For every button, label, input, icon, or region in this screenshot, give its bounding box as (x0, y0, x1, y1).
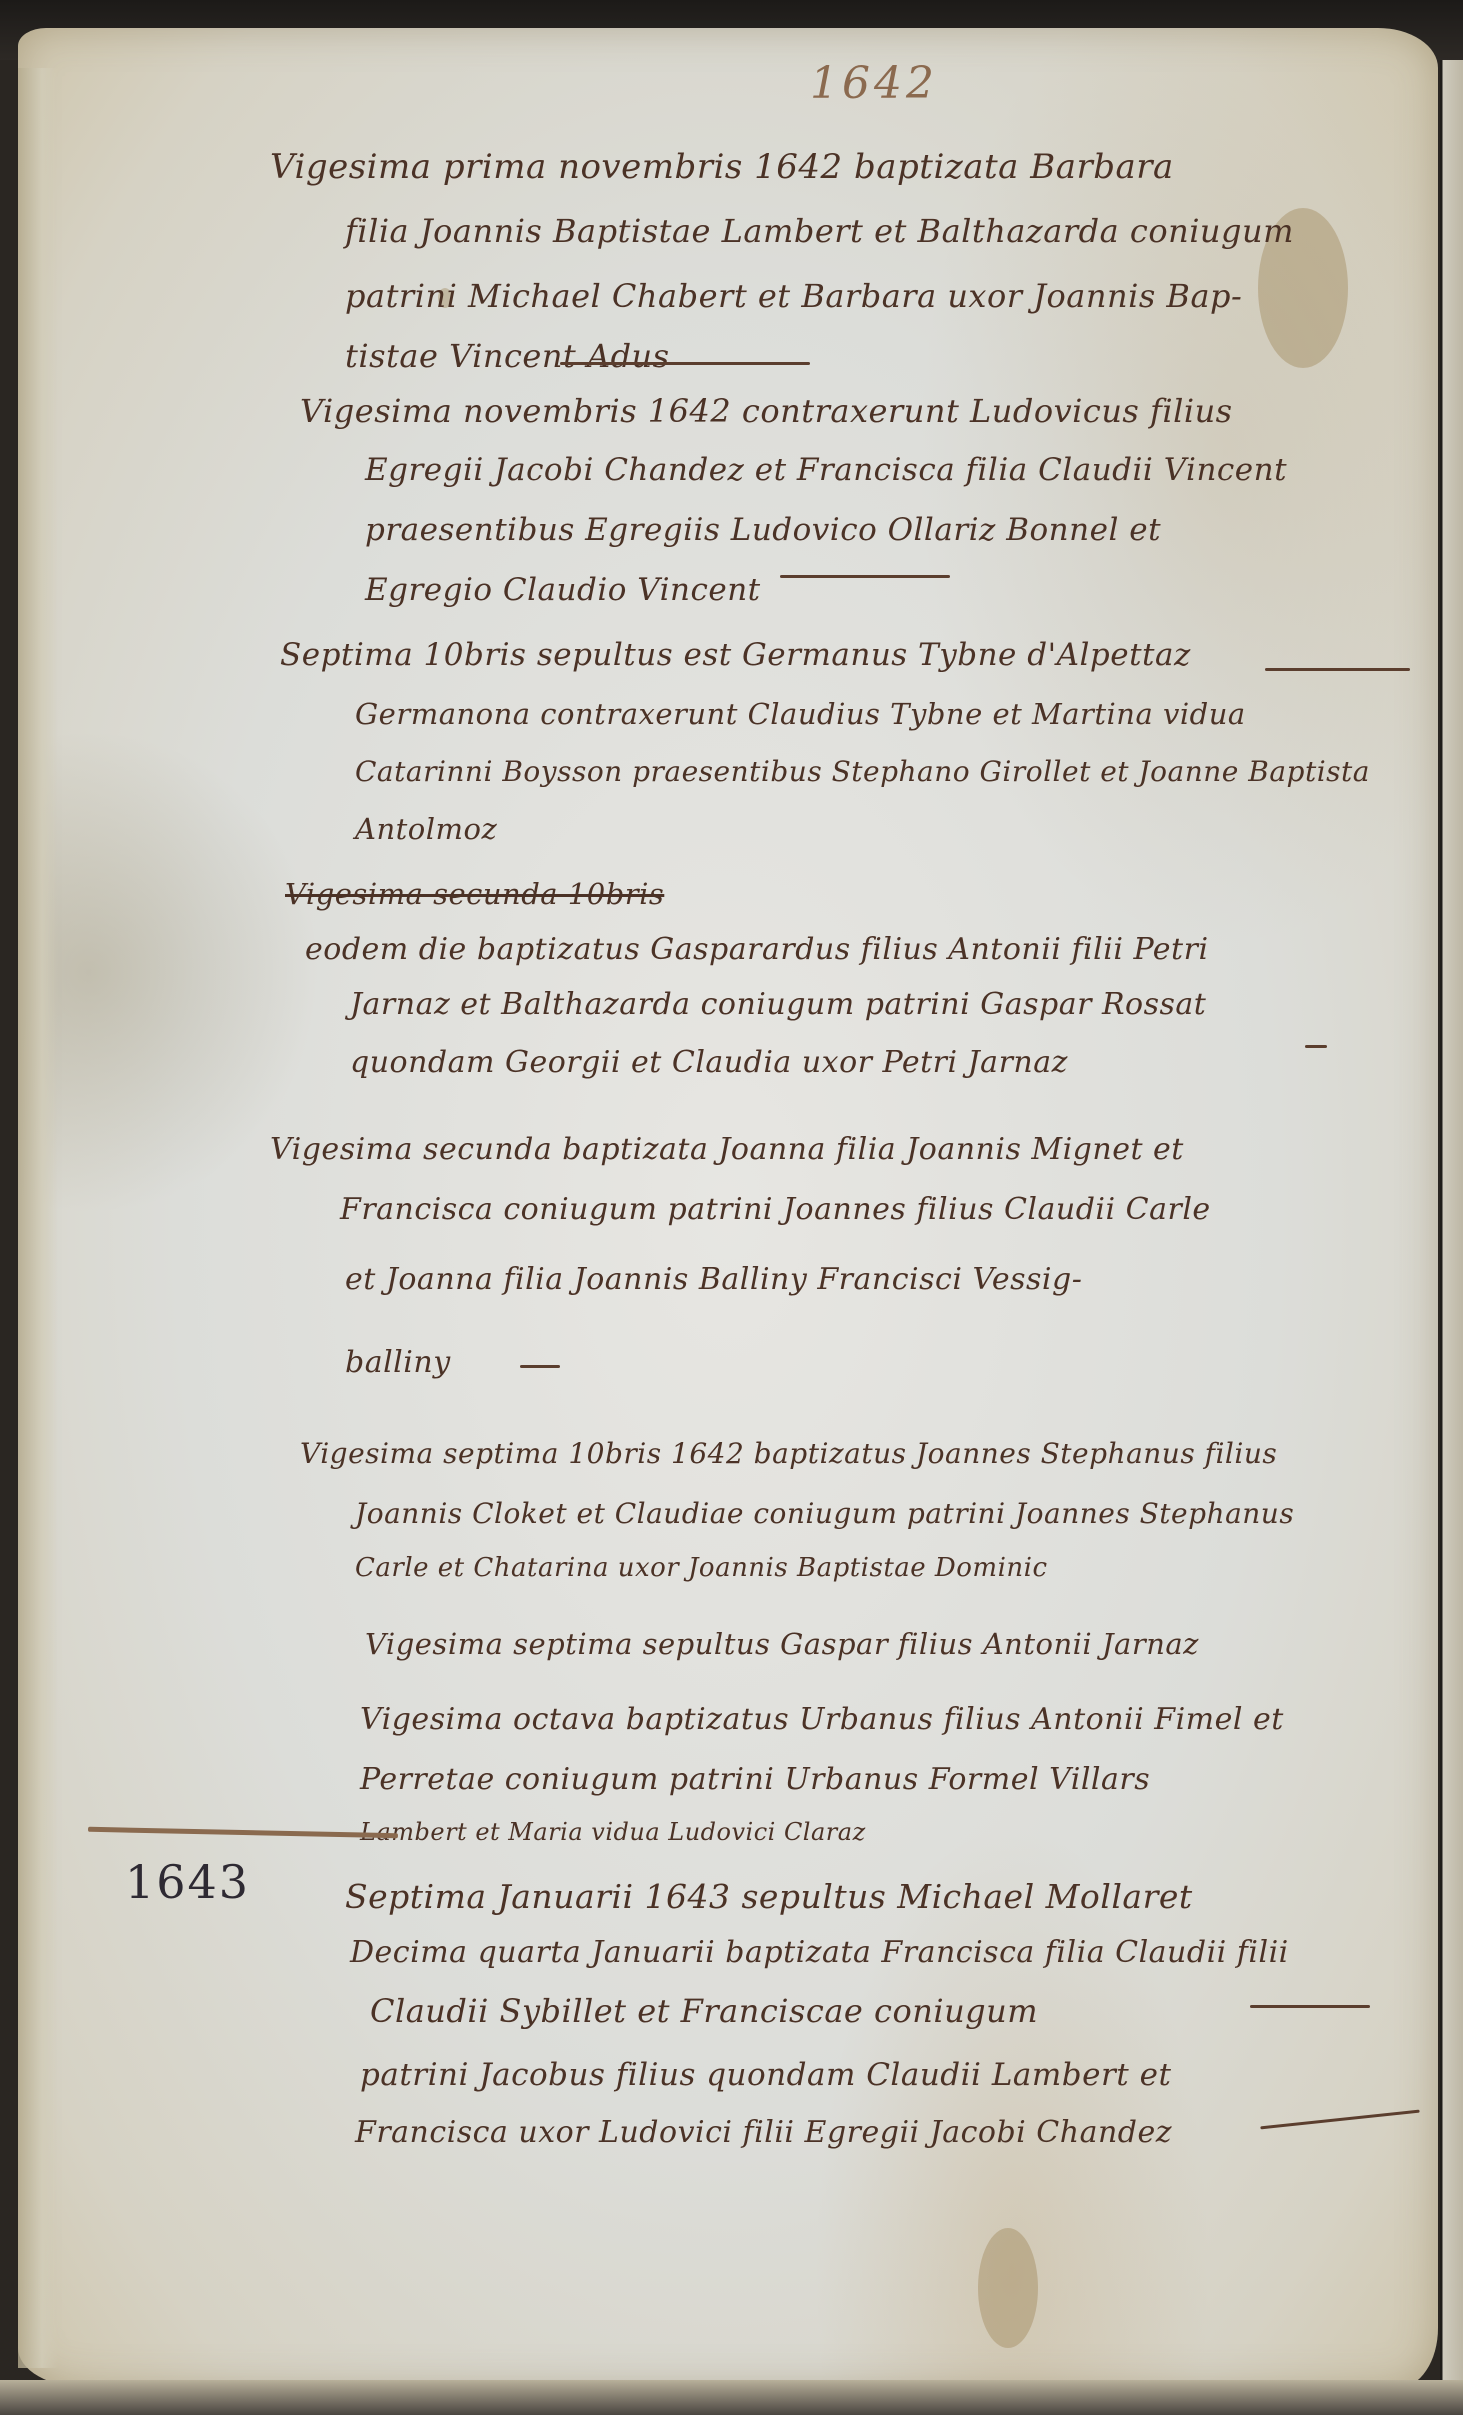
book-gutter-edge (1440, 60, 1463, 2415)
entry-separator (780, 575, 950, 578)
entry-5-line-2: Francisca coniugum patrini Joannes filiu… (340, 1195, 1211, 1225)
underline (1265, 668, 1410, 671)
entry-separator (1250, 2005, 1370, 2008)
entry-6-line-1: Vigesima septima 10bris 1642 baptizatus … (300, 1440, 1277, 1468)
entry-3-line-3: Catarinni Boysson praesentibus Stephano … (355, 758, 1370, 786)
stain (978, 2228, 1038, 2348)
entry-4-line-1-struck: Vigesima secunda 10bris (285, 880, 664, 909)
entry-5-line-3: et Joanna filia Joannis Balliny Francisc… (345, 1265, 1082, 1295)
header-year: 1642 (810, 58, 938, 109)
entry-1-line-2: filia Joannis Baptistae Lambert et Balth… (345, 215, 1294, 247)
entry-1-line-3: patrini Michael Chabert et Barbara uxor … (345, 280, 1242, 312)
entry-3-line-4: Antolmoz (355, 815, 497, 844)
entry-2-line-1: Vigesima novembris 1642 contraxerunt Lud… (300, 395, 1233, 427)
entry-5-line-1: Vigesima secunda baptizata Joanna filia … (270, 1135, 1184, 1165)
entry-7-line-1: Vigesima septima sepultus Gaspar filius … (365, 1630, 1199, 1659)
entry-4-line-3: Jarnaz et Balthazarda coniugum patrini G… (350, 990, 1206, 1020)
entry-4-line-2: eodem die baptizatus Gasparardus filius … (305, 935, 1209, 965)
entry-2-line-3: praesentibus Egregiis Ludovico Ollariz B… (365, 515, 1161, 546)
entry-10-line-2: Claudii Sybillet et Franciscae coniugum (370, 1995, 1038, 2027)
entry-8-line-3: Lambert et Maria vidua Ludovici Claraz (360, 1820, 866, 1844)
entry-1-line-1: Vigesima prima novembris 1642 baptizata … (270, 150, 1174, 184)
entry-1-line-4: tistae Vincent Adus (345, 340, 670, 372)
entry-4-line-4: quondam Georgii et Claudia uxor Petri Ja… (350, 1048, 1068, 1078)
entry-3-line-2: Germanona contraxerunt Claudius Tybne et… (355, 700, 1246, 729)
entry-6-line-2: Joannis Cloket et Claudiae coniugum patr… (355, 1500, 1294, 1528)
entry-10-line-4: Francisca uxor Ludovici filii Egregii Ja… (355, 2118, 1172, 2148)
entry-8-line-1: Vigesima octava baptizatus Urbanus filiu… (360, 1705, 1284, 1735)
entry-5-line-4: balliny (345, 1348, 451, 1378)
entry-6-line-3: Carle et Chatarina uxor Joannis Baptista… (355, 1555, 1048, 1581)
margin-year: 1643 (125, 1855, 250, 1909)
entry-separator (1305, 1045, 1327, 1048)
entry-3-line-1: Septima 10bris sepultus est Germanus Tyb… (280, 640, 1191, 671)
entry-10-line-1: Decima quarta Januarii baptizata Francis… (350, 1938, 1289, 1968)
entry-2-line-4: Egregio Claudio Vincent (365, 575, 761, 606)
entry-8-line-2: Perretae coniugum patrini Urbanus Formel… (360, 1765, 1150, 1795)
photo-background-bottom (0, 2380, 1463, 2415)
entry-10-line-3: patrini Jacobus filius quondam Claudii L… (360, 2060, 1171, 2091)
entry-separator (560, 362, 810, 365)
entry-separator (520, 1365, 560, 1368)
entry-9-line-1: Septima Januarii 1643 sepultus Michael M… (345, 1880, 1193, 1913)
entry-2-line-2: Egregii Jacobi Chandez et Francisca fili… (365, 455, 1287, 486)
worn-left-edge (18, 68, 58, 2368)
